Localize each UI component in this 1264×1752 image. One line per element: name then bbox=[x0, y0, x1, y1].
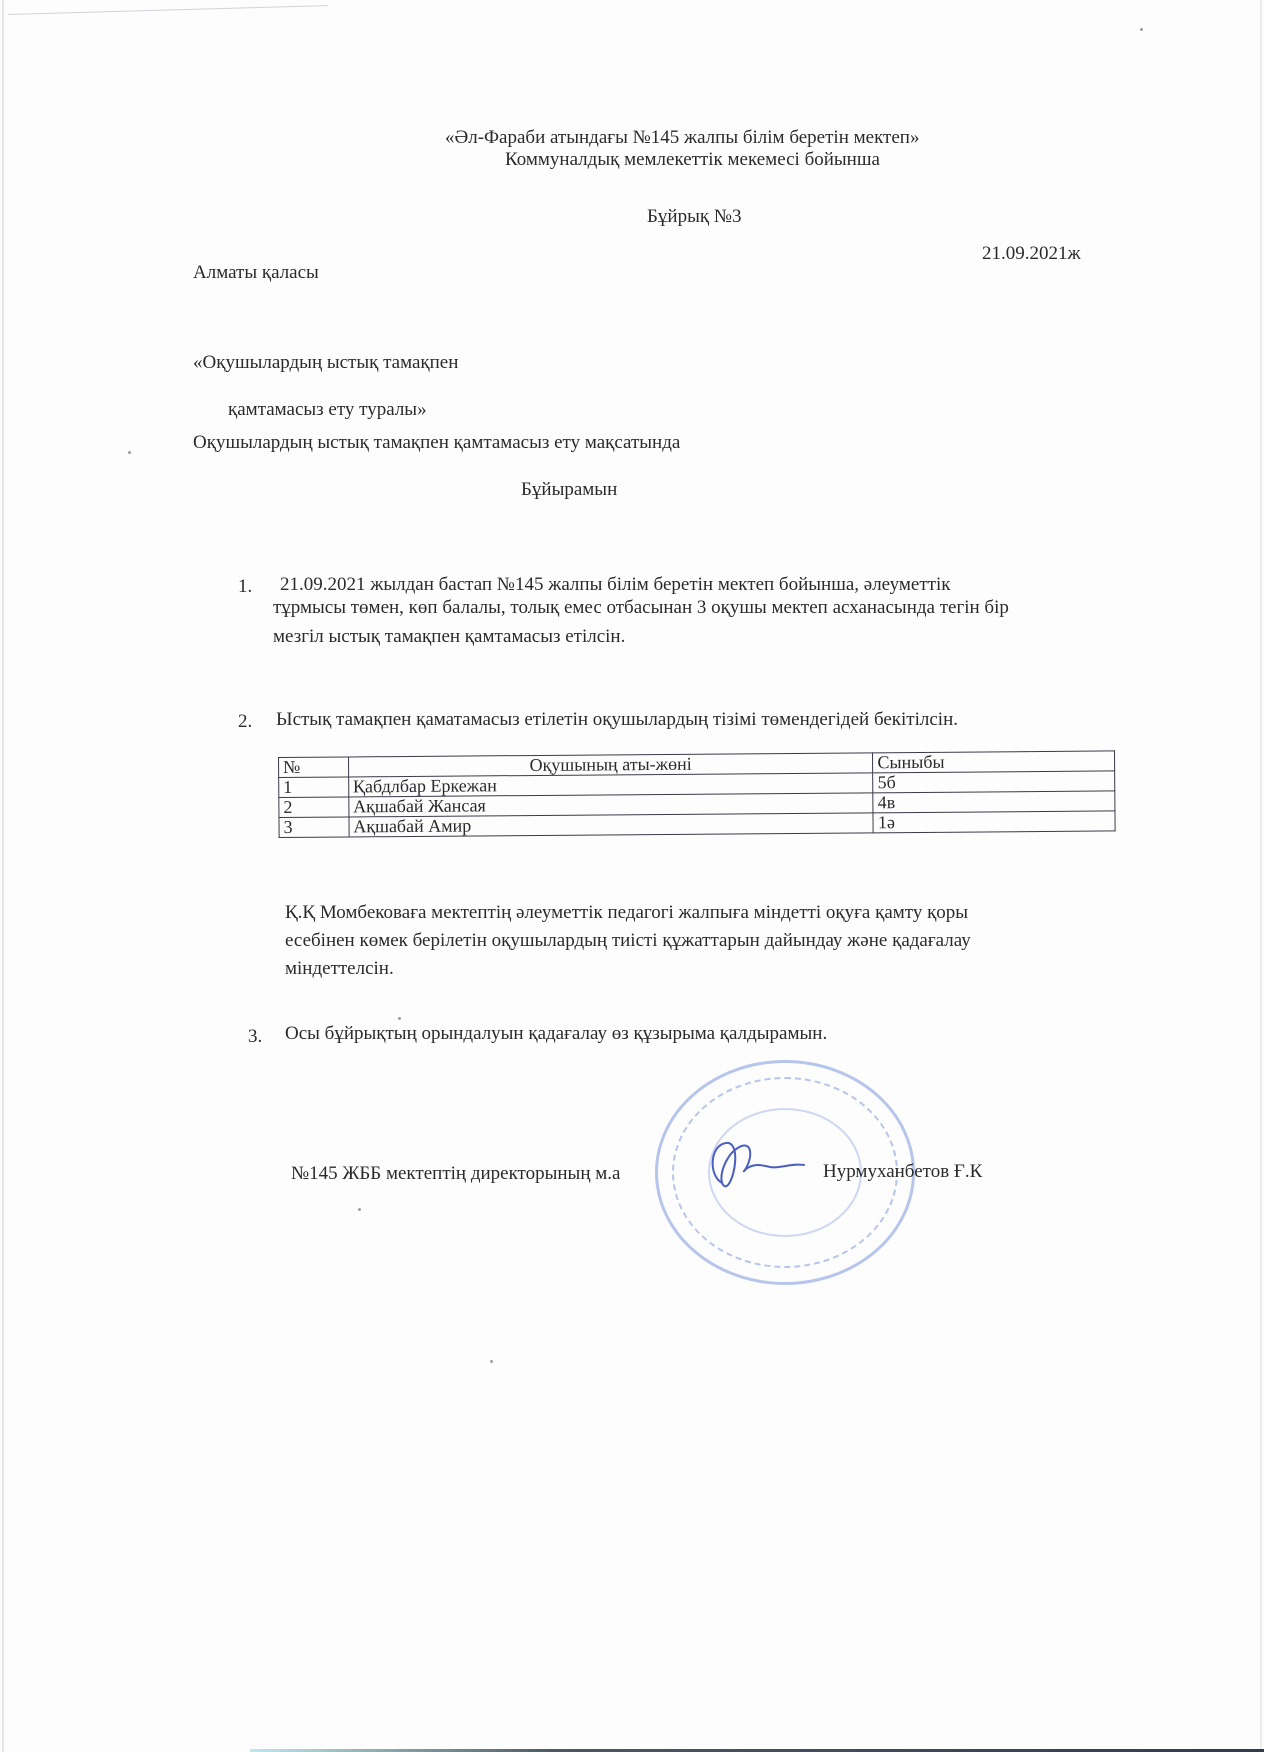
item-1-line-1: 21.09.2021 жылдан бастап №145 жалпы білі… bbox=[280, 574, 950, 596]
cell-class: 4в bbox=[873, 791, 1115, 813]
scan-speck bbox=[1140, 28, 1143, 31]
subject-line-1: «Оқушылардың ыстық тамақпен bbox=[193, 352, 458, 374]
subject-line-2: қамтамасыз ету туралы» bbox=[228, 399, 427, 421]
cell-number: 3 bbox=[279, 817, 349, 838]
cell-student-name: Ақшабай Амир bbox=[349, 813, 874, 837]
item-number: 1. bbox=[238, 576, 252, 598]
order-date: 21.09.2021ж bbox=[982, 243, 1081, 265]
students-table: № Оқушының аты-жөні Сыныбы 1 Қабдлбар Ер… bbox=[278, 750, 1116, 838]
item-2-text: Ыстық тамақпен қаматамасыз етілетін оқуш… bbox=[276, 709, 958, 731]
signatory-title: №145 ЖББ мектептің директорының м.а bbox=[291, 1163, 620, 1185]
signature-icon bbox=[700, 1135, 810, 1195]
scan-speck bbox=[358, 1208, 361, 1211]
cell-class: 1ә bbox=[873, 811, 1115, 833]
responsibility-line-3: міндеттелсін. bbox=[285, 958, 394, 980]
cell-number: 1 bbox=[279, 777, 349, 798]
organization-type: Коммуналдық мемлекеттік мекемесі бойынша bbox=[505, 149, 880, 171]
item-1-line-3: мезгіл ыстық тамақпен қамтамасыз етілсін… bbox=[273, 626, 625, 648]
header-number: № bbox=[279, 757, 349, 778]
item-1-line-2: тұрмысы төмен, көп балалы, толық емес от… bbox=[273, 597, 1009, 619]
header-class: Сыныбы bbox=[873, 751, 1115, 773]
item-number: 3. bbox=[248, 1026, 262, 1048]
scan-edge-top bbox=[8, 5, 328, 15]
preamble: Оқушылардың ыстық тамақпен қамтамасыз ет… bbox=[193, 432, 680, 454]
organization-name: «Әл-Фараби атындағы №145 жалпы білім бер… bbox=[445, 127, 919, 149]
scanned-document-page: «Әл-Фараби атындағы №145 жалпы білім бер… bbox=[0, 0, 1264, 1752]
scan-speck bbox=[128, 451, 131, 454]
cell-class: 5б bbox=[873, 771, 1115, 793]
item-number: 2. bbox=[238, 711, 252, 733]
responsibility-line-1: Қ.Қ Момбековаға мектептің әлеуметтік пед… bbox=[285, 902, 968, 924]
cell-number: 2 bbox=[279, 797, 349, 818]
order-title: Бұйрық №3 bbox=[647, 206, 741, 228]
signatory-name: Нурмуханбетов Ғ.К bbox=[823, 1161, 982, 1183]
item-3-text: Осы бұйрықтың орындалуын қадағалау өз құ… bbox=[285, 1023, 827, 1045]
scan-speck bbox=[490, 1360, 493, 1363]
city: Алматы қаласы bbox=[193, 262, 319, 284]
order-verb: Бұйырамын bbox=[521, 479, 617, 501]
scan-speck bbox=[398, 1017, 401, 1020]
responsibility-line-2: есебінен көмек берілетін оқушылардың тиі… bbox=[285, 930, 971, 952]
scan-edge-right bbox=[1260, 0, 1262, 1752]
scan-edge-left bbox=[2, 0, 4, 1752]
